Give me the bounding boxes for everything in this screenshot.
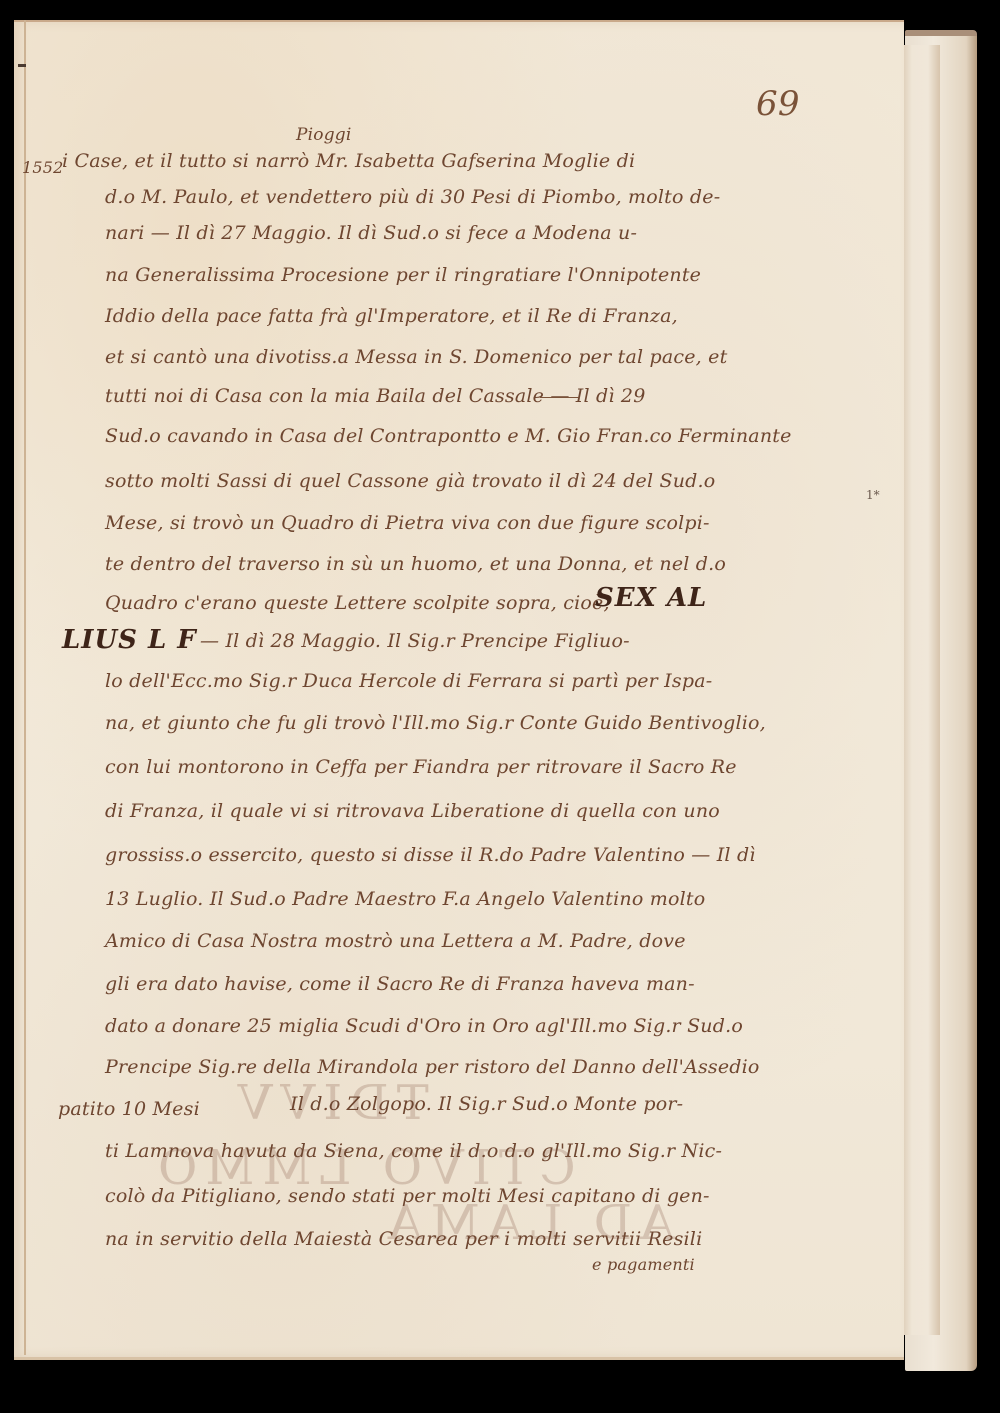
- text-line: et si cantò una divotiss.a Messa in S. D…: [105, 346, 725, 368]
- text-line: i Case, et il tutto si narrò Mr. Isabett…: [62, 150, 682, 172]
- dash-rule: [540, 397, 580, 398]
- text-line: Sud.o cavando in Casa del Contrapontto e…: [105, 425, 725, 447]
- underlying-page-edge-inner: [900, 45, 940, 1335]
- text-line: patito 10 Mesi: [58, 1098, 200, 1120]
- page-fold-line: [24, 20, 26, 1355]
- text-line: Il d.o Zolgopo. Il Sig.r Sud.o Monte por…: [290, 1093, 683, 1115]
- margin-year: 1552: [22, 158, 64, 177]
- text-line: Amico di Casa Nostra mostrò una Lettera …: [105, 930, 725, 952]
- text-line: colò da Pitigliano, sendo stati per molt…: [105, 1185, 725, 1207]
- page-number: 69: [756, 84, 800, 124]
- text-line: na Generalissima Procesione per il ringr…: [105, 264, 725, 286]
- text-line: te dentro del traverso in sù un huomo, e…: [105, 553, 725, 575]
- text-line: nari — Il dì 27 Maggio. Il dì Sud.o si f…: [105, 222, 725, 244]
- margin-pencil-mark: 1*: [866, 488, 880, 502]
- inscription-part-2: LIUS L F: [62, 625, 197, 655]
- text-line: Iddio della pace fatta frà gl'Imperatore…: [105, 305, 725, 327]
- text-line: Mese, si trovò un Quadro di Pietra viva …: [105, 512, 725, 534]
- text-line: na, et giunto che fu gli trovò l'Ill.mo …: [105, 712, 725, 734]
- text-line: sotto molti Sassi di quel Cassone già tr…: [105, 470, 725, 492]
- catchword: Pioggi: [296, 125, 352, 145]
- text-line: con lui montorono in Ceffa per Fiandra p…: [105, 756, 725, 778]
- text-line: 13 Luglio. Il Sud.o Padre Maestro F.a An…: [105, 888, 725, 910]
- text-line: gli era dato havise, come il Sacro Re di…: [105, 973, 725, 995]
- text-line: grossiss.o essercito, questo si disse il…: [105, 844, 725, 866]
- text-line: na in servitio della Maiestà Cesarea per…: [105, 1228, 725, 1250]
- text-line: ti Lamnova havuta da Siena, come il d.o …: [105, 1140, 725, 1162]
- text-line: e pagamenti: [592, 1255, 695, 1274]
- text-line: lo dell'Ecc.mo Sig.r Duca Hercole di Fer…: [105, 670, 725, 692]
- margin-dot-mark: [18, 64, 26, 67]
- text-line: dato a donare 25 miglia Scudi d'Oro in O…: [105, 1015, 725, 1037]
- text-line: d.o M. Paulo, et vendettero più di 30 Pe…: [105, 186, 725, 208]
- text-line: tutti noi di Casa con la mia Baila del C…: [105, 385, 725, 407]
- text-line: Prencipe Sig.re della Mirandola per rist…: [105, 1056, 725, 1078]
- text-line: di Franza, il quale vi si ritrovava Libe…: [105, 800, 725, 822]
- inscription-part-1: SEX AL: [595, 583, 707, 613]
- text-line: — Il dì 28 Maggio. Il Sig.r Prencipe Fig…: [200, 630, 630, 652]
